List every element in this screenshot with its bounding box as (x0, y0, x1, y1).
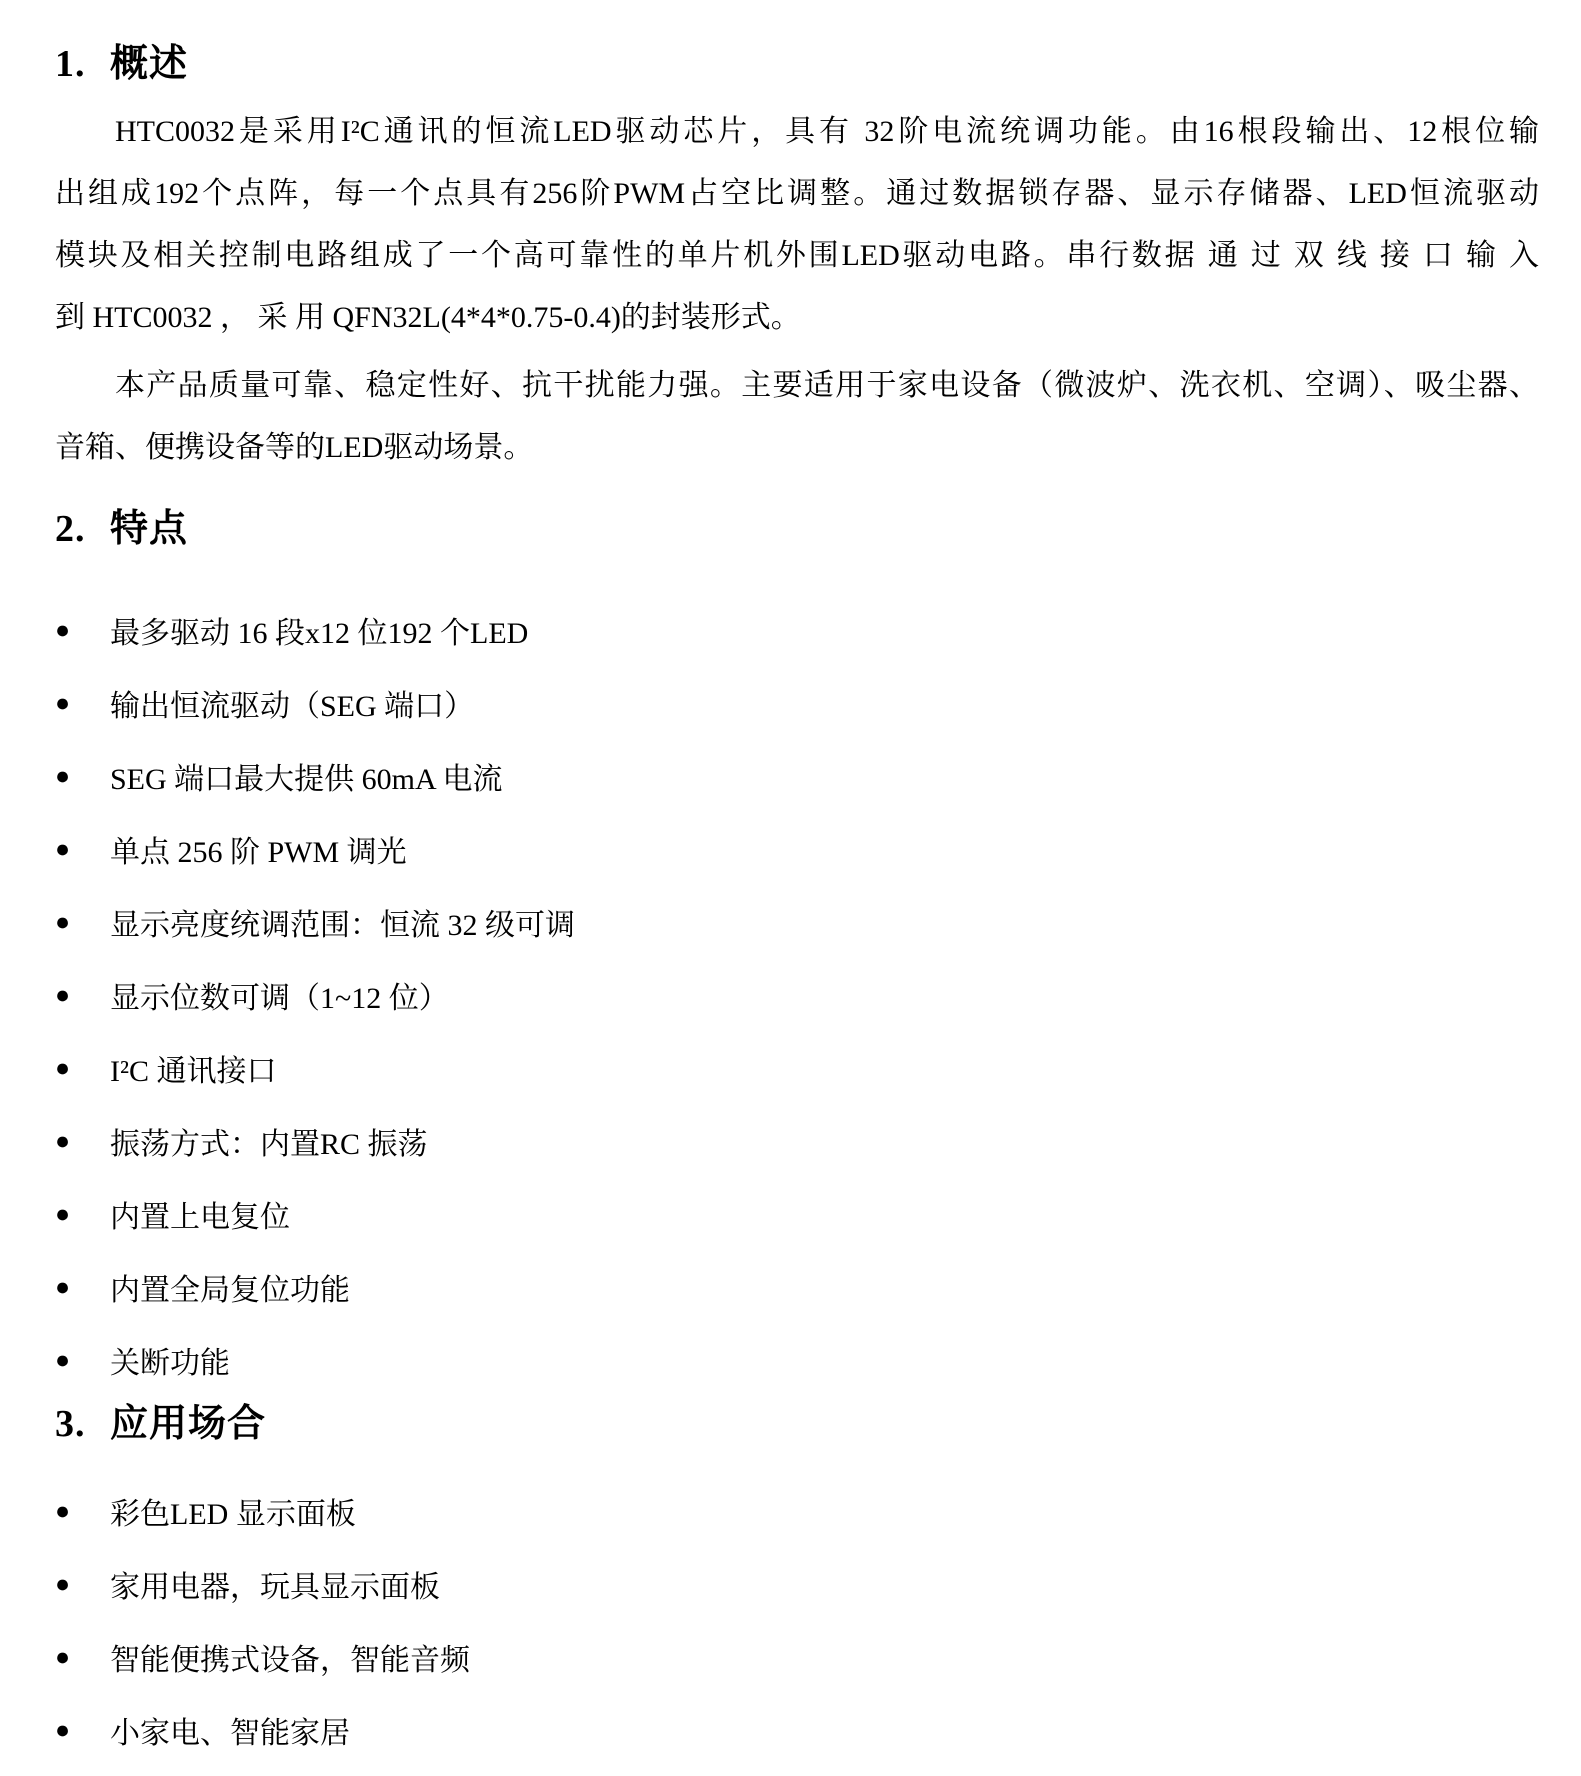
paragraph-line: 出组成192个点阵，每一个点具有256阶PWM占空比调整。通过数据锁存器、显示存… (55, 163, 1539, 225)
section-title: 概述 (110, 43, 188, 85)
feature-text: 单点 256 阶 PWM 调光 (110, 827, 407, 871)
feature-item: ● 单点 256 阶 PWM 调光 (55, 812, 1539, 885)
bullet-icon: ● (55, 908, 110, 935)
bullet-icon: ● (55, 1716, 110, 1743)
section-title: 特点 (110, 508, 188, 550)
feature-item: ● 最多驱动 16 段x12 位192 个LED (55, 593, 1539, 666)
bullet-icon: ● (55, 1570, 110, 1597)
feature-text: SEG 端口最大提供 60mA 电流 (110, 754, 503, 798)
feature-text: 最多驱动 16 段x12 位192 个LED (110, 608, 528, 652)
feature-text: 显示位数可调（1~12 位） (110, 973, 449, 1017)
feature-text: 输出恒流驱动（SEG 端口） (110, 681, 474, 725)
section-features-heading: 2.特点 (55, 501, 1539, 557)
section-number: 3. (55, 1396, 110, 1452)
bullet-icon: ● (55, 981, 110, 1008)
features-list: ● 最多驱动 16 段x12 位192 个LED ● 输出恒流驱动（SEG 端口… (55, 593, 1539, 1396)
document-page: 1.概述 HTC0032是采用I²C通讯的恒流LED驱动芯片，具有 32阶电流统… (0, 0, 1581, 1776)
application-text: 家用电器，玩具显示面板 (110, 1562, 440, 1606)
feature-item: ● I²C 通讯接口 (55, 1031, 1539, 1104)
bullet-icon: ● (55, 689, 110, 716)
application-item: ● 家用电器，玩具显示面板 (55, 1547, 1539, 1620)
section-number: 1. (55, 36, 110, 92)
bullet-icon: ● (55, 1054, 110, 1081)
application-text: 小家电、智能家居 (110, 1708, 350, 1752)
feature-text: 关断功能 (110, 1338, 230, 1382)
paragraph-line: 音箱、便携设备等的LED驱动场景。 (55, 417, 1539, 479)
paragraph-line: 到 HTC0032 ， 采 用 QFN32L(4*4*0.75-0.4)的封装形… (55, 287, 1539, 349)
feature-text: 内置上电复位 (110, 1192, 290, 1236)
bullet-icon: ● (55, 1497, 110, 1524)
application-item: ● 彩色LED 显示面板 (55, 1474, 1539, 1547)
section-applications-heading: 3.应用场合 (55, 1396, 1539, 1452)
bullet-icon: ● (55, 835, 110, 862)
application-text: 彩色LED 显示面板 (110, 1489, 356, 1533)
application-text: 智能便携式设备，智能音频 (110, 1635, 470, 1679)
bullet-icon: ● (55, 1127, 110, 1154)
application-item: ● 智能便携式设备，智能音频 (55, 1620, 1539, 1693)
section-overview-heading: 1.概述 (55, 36, 1539, 92)
feature-text: 振荡方式：内置RC 振荡 (110, 1119, 428, 1163)
feature-item: ● 输出恒流驱动（SEG 端口） (55, 666, 1539, 739)
paragraph-line: 本产品质量可靠、稳定性好、抗干扰能力强。主要适用于家电设备（微波炉、洗衣机、空调… (55, 355, 1539, 417)
feature-text: 显示亮度统调范围：恒流 32 级可调 (110, 900, 575, 944)
paragraph-line: 模块及相关控制电路组成了一个高可靠性的单片机外围LED驱动电路。串行数据 通 过… (55, 225, 1539, 287)
feature-item: ● 内置上电复位 (55, 1177, 1539, 1250)
bullet-icon: ● (55, 1346, 110, 1373)
feature-text: 内置全局复位功能 (110, 1265, 350, 1309)
section-title: 应用场合 (110, 1403, 266, 1445)
feature-item: ● 内置全局复位功能 (55, 1250, 1539, 1323)
application-item: ● 小家电、智能家居 (55, 1693, 1539, 1766)
bullet-icon: ● (55, 1643, 110, 1670)
bullet-icon: ● (55, 1200, 110, 1227)
bullet-icon: ● (55, 616, 110, 643)
section-number: 2. (55, 501, 110, 557)
applications-list: ● 彩色LED 显示面板 ● 家用电器，玩具显示面板 ● 智能便携式设备，智能音… (55, 1474, 1539, 1766)
feature-item: ● 振荡方式：内置RC 振荡 (55, 1104, 1539, 1177)
bullet-icon: ● (55, 1273, 110, 1300)
feature-item: ● 显示亮度统调范围：恒流 32 级可调 (55, 885, 1539, 958)
feature-text: I²C 通讯接口 (110, 1046, 277, 1090)
bullet-icon: ● (55, 762, 110, 789)
paragraph-line: HTC0032是采用I²C通讯的恒流LED驱动芯片，具有 32阶电流统调功能。由… (55, 101, 1539, 163)
feature-item: ● 显示位数可调（1~12 位） (55, 958, 1539, 1031)
feature-item: ● 关断功能 (55, 1323, 1539, 1396)
overview-paragraph-1: HTC0032是采用I²C通讯的恒流LED驱动芯片，具有 32阶电流统调功能。由… (55, 101, 1539, 349)
overview-paragraph-2: 本产品质量可靠、稳定性好、抗干扰能力强。主要适用于家电设备（微波炉、洗衣机、空调… (55, 355, 1539, 479)
feature-item: ● SEG 端口最大提供 60mA 电流 (55, 739, 1539, 812)
